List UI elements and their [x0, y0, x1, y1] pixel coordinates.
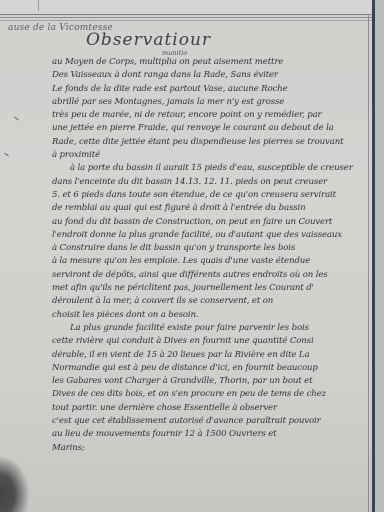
manuscript-line: au lieu de mouvements fournir 12 à 1500 …: [52, 428, 368, 441]
manuscript-line: Marins;: [52, 442, 368, 455]
manuscript-line: c'est que cet établissement autorisé d'a…: [52, 415, 368, 428]
header-rule: [0, 14, 372, 15]
manuscript-line: à Construire dans le dit bassin qu'on y …: [52, 242, 368, 255]
manuscript-line: l'endroit donne la plus grande facilité,…: [52, 229, 368, 242]
manuscript-line: les Gabares vont Charger à Grandville, T…: [52, 375, 368, 388]
manuscript-line: serviront de dépôts, ainsi que différent…: [52, 269, 368, 282]
manuscript-line: dans l'enceinte du dit bassin 14.13. 12.…: [52, 176, 368, 189]
manuscript-line: au Moyen de Corps, multiplia on peut ais…: [52, 56, 368, 69]
manuscript-line: Le fonds de la dite rade est partout Vas…: [52, 83, 368, 96]
manuscript-line: La plus grande facilité existe pour fair…: [52, 322, 368, 335]
manuscript-line: Rade, cette dite jettée étant peu dispen…: [52, 136, 368, 149]
manuscript-line: à la porte du bassin il aurait 15 pieds …: [52, 162, 368, 175]
header-rule: [0, 20, 372, 21]
paper-speck: [14, 117, 19, 121]
manuscript-line: à proximité: [52, 149, 368, 162]
frame-inner-rule: [368, 14, 369, 512]
manuscript-body: au Moyen de Corps, multiplia on peut ais…: [52, 56, 368, 455]
manuscript-photo: ause de la Vicomtesse Observatiour munit…: [0, 0, 384, 512]
manuscript-line: de remblai au quai qui est figuré à droi…: [52, 202, 368, 215]
header-rule: [0, 17, 372, 18]
manuscript-line: abrillé par ses Montagnes, jamais la mer…: [52, 96, 368, 109]
manuscript-line: dérable, il en vient de 15 à 20 lieues p…: [52, 349, 368, 362]
manuscript-line: Des Vaisseaux à dont ranga dans la Rade,…: [52, 69, 368, 82]
manuscript-line: au fond du dit bassin de Construction, o…: [52, 216, 368, 229]
manuscript-line: Dives de ces dits bois, et on s'en procu…: [52, 388, 368, 401]
paper-speck: [4, 153, 9, 157]
upper-page-edge: [0, 0, 372, 14]
manuscript-line: très peu de marée, ni de retour, encore …: [52, 109, 368, 122]
manuscript-line: déroulent à la mer, à couvert ils se con…: [52, 295, 368, 308]
manuscript-line: à la mesure qu'on les emploie. Les quais…: [52, 255, 368, 268]
manuscript-line: choisit les pièces dont on a besoin.: [52, 309, 368, 322]
document-title: Observatiour: [86, 30, 211, 50]
upper-margin-line: [38, 0, 39, 11]
manuscript-line: met afin qu'ils ne périclitent pas, jour…: [52, 282, 368, 295]
ink-stain: [0, 455, 30, 512]
manuscript-line: 5. et 6 pieds dans toute son étendue, de…: [52, 189, 368, 202]
frame-outer-margin: [375, 0, 384, 512]
manuscript-line: une jettée en pierre Fraide, qui renvoye…: [52, 122, 368, 135]
manuscript-line: cette rivière qui conduit à Dives en fou…: [52, 335, 368, 348]
manuscript-line: tout partir. une dernière chose Essentie…: [52, 402, 368, 415]
manuscript-line: Normandie qui est à peu de distance d'ic…: [52, 362, 368, 375]
